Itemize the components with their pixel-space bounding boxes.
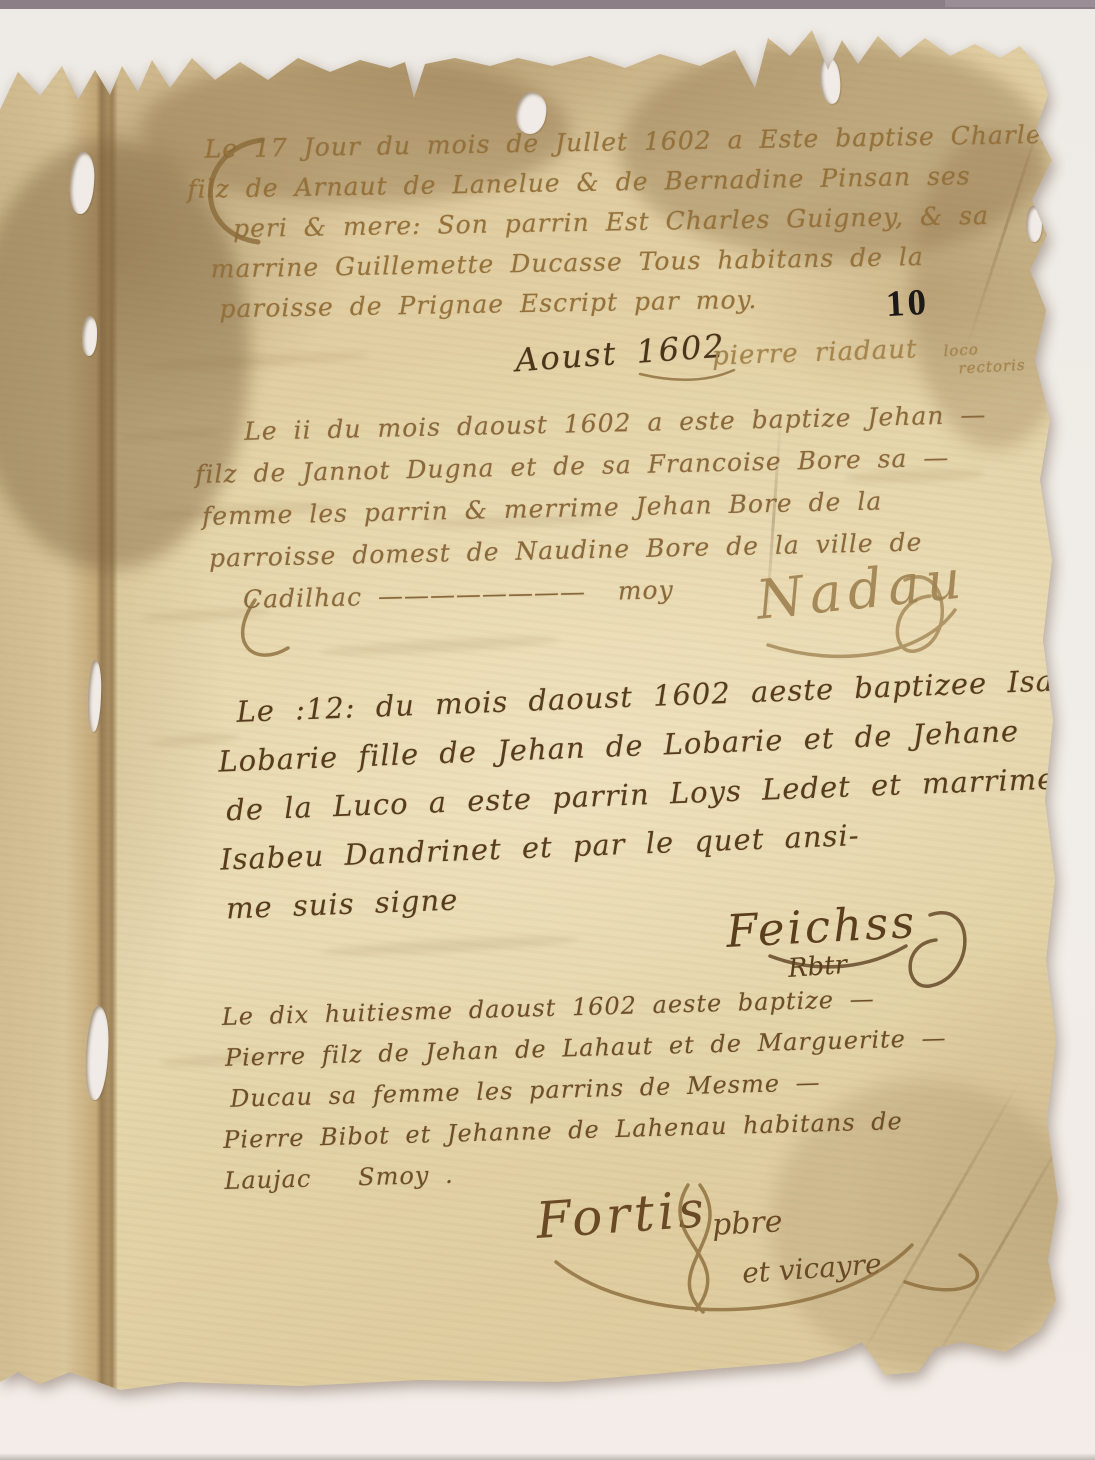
photo-bottom-border [0,1453,1095,1460]
page-shadow: 10 Le 17 Jour du mois de Jullet 1602 a E… [0,0,1095,1460]
signature-fortis-title: pbre [711,1204,783,1243]
signature-fortis: Fortis [534,1180,709,1250]
baptism-entry-3: Le :12: du mois daoust 1602 aeste baptiz… [218,656,1089,934]
baptism-entry-4: Le dix huitiesme daoust 1602 aeste bapti… [219,973,1086,1202]
officiant-note: loco rectoris [943,338,1026,378]
manuscript-photograph: 10 Le 17 Jour du mois de Jullet 1602 a E… [0,0,1095,1460]
baptism-entry-1: Le 17 Jour du mois de Jullet 1602 a Este… [196,114,1081,329]
officiant-note-line: rectoris [958,356,1026,377]
manuscript-page: 10 Le 17 Jour du mois de Jullet 1602 a E… [0,0,1095,1460]
signature-feichss: Feichss [725,895,919,958]
